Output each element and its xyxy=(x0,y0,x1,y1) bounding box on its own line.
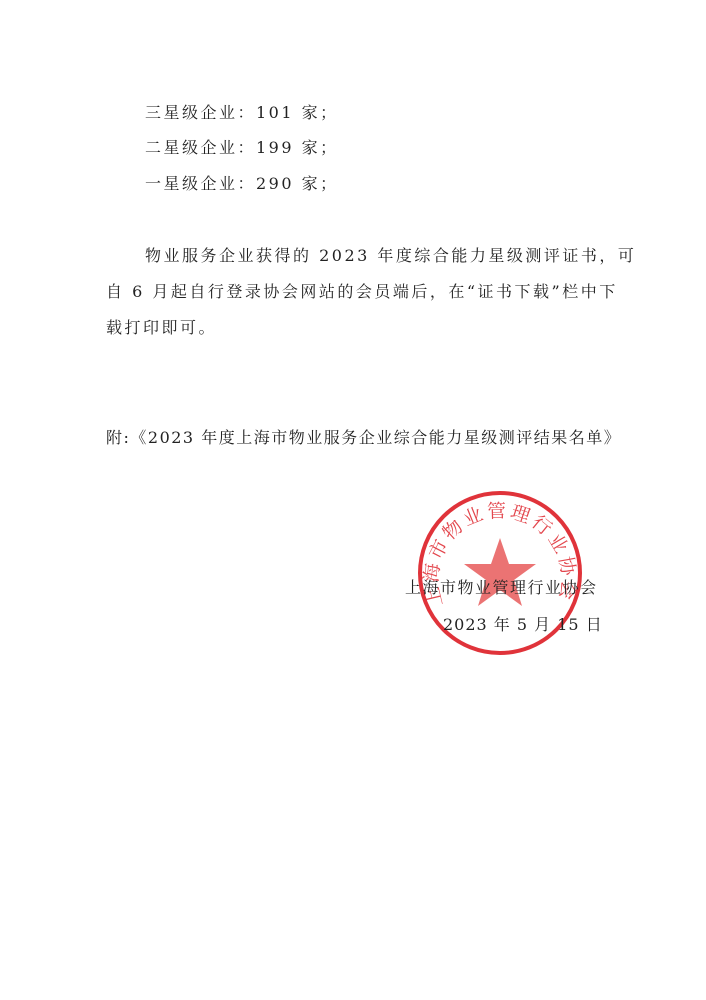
paragraph-line-1: 物业服务企业获得的 2023 年度综合能力星级测评证书，可 xyxy=(145,243,636,266)
stat-one-star: 一星级企业：290 家； xyxy=(145,171,339,194)
attachment-line: 附:《2023 年度上海市物业服务企业综合能力星级测评结果名单》 xyxy=(106,425,621,448)
stat-two-star: 二星级企业：199 家； xyxy=(145,135,339,158)
paragraph-line-3: 载打印即可。 xyxy=(106,315,217,338)
signature-date: 2023 年 5 月 15 日 xyxy=(443,612,603,635)
paragraph-line-2: 自 6 月起自行登录协会网站的会员端后，在“证书下载”栏中下 xyxy=(106,279,618,302)
signature-org: 上海市物业管理行业协会 xyxy=(405,575,598,598)
stat-three-star: 三星级企业：101 家； xyxy=(145,100,339,123)
